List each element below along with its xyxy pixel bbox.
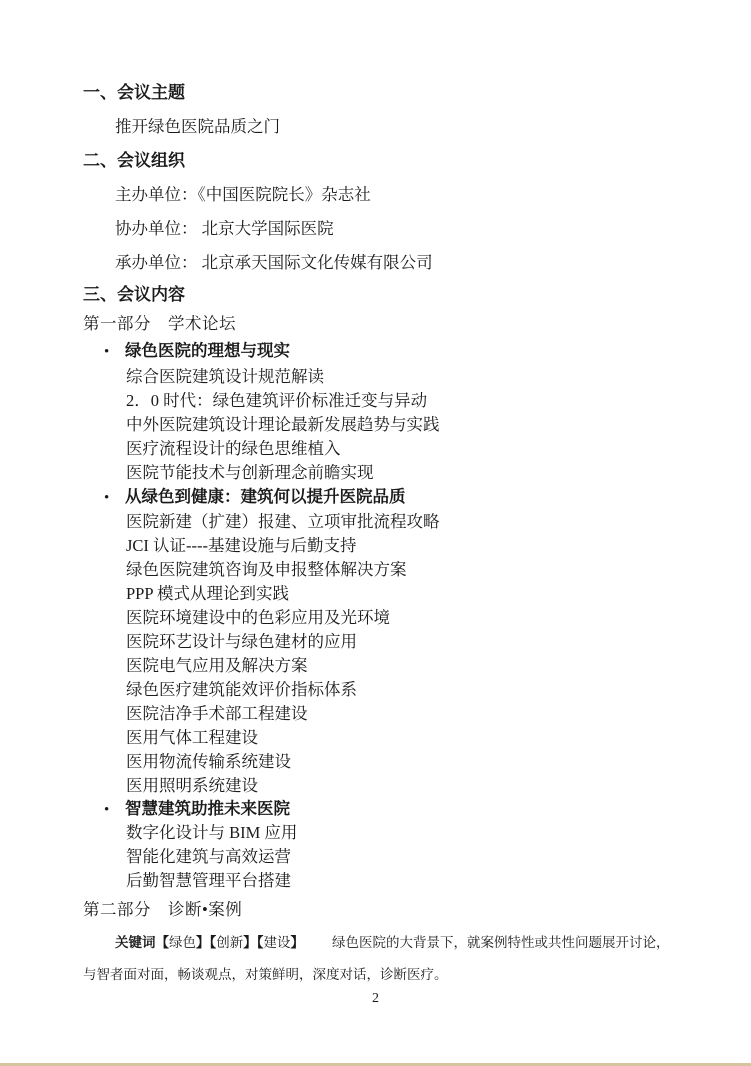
agenda-item: 2．0 时代：绿色建筑评价标准迁变与异动 [83,389,751,413]
topic-2-header: •从绿色到健康：建筑何以提升医院品质 [83,485,751,510]
agenda-item: 医院电气应用及解决方案 [83,654,751,678]
part2-title: 第二部分 诊断•案例 [83,893,751,927]
heading-conference-organization: 二、会议组织 [83,144,751,178]
document-page: 一、会议主题 推开绿色医院品质之门 二、会议组织 主办单位：《中国医院院长》杂志… [0,0,751,1066]
bracket-open: 【 [257,935,264,950]
keyword-text: 绿色 [169,935,196,950]
bullet-icon: • [104,340,125,365]
bullet-icon: • [104,800,125,821]
agenda-item: 医疗流程设计的绿色思维植入 [83,437,751,461]
topic-1-header: •绿色医院的理想与现实 [83,338,751,365]
keyword-text: 创新 [216,935,243,950]
keywords-paragraph-line-2: 与智者面对面，畅谈观点，对策鲜明，深度对话，诊断医疗。 [83,959,751,991]
part2-description-line1: 绿色医院的大背景下，就案例特性或共性问题展开讨论， [332,935,670,950]
keyword-item: 【创新】 [210,935,257,950]
topic-3-title: 智慧建筑助推未来医院 [125,800,290,818]
heading-conference-content: 三、会议内容 [83,280,751,310]
organizer-co-host: 协办单位： 北京大学国际医院 [83,212,751,246]
topic-1-title: 绿色医院的理想与现实 [125,342,290,360]
agenda-item: 后勤智慧管理平台搭建 [83,869,751,893]
agenda-item: 综合医院建筑设计规范解读 [83,365,751,389]
agenda-item: 医用物流传输系统建设 [83,750,751,774]
agenda-item: 医用照明系统建设 [83,774,751,798]
agenda-item: 医院洁净手术部工程建设 [83,702,751,726]
agenda-item: JCI 认证----基建设施与后勤支持 [83,534,751,558]
bracket-close: 】 [196,935,210,950]
page-number: 2 [0,991,751,1007]
agenda-item: PPP 模式从理论到实践 [83,582,751,606]
agenda-item: 智能化建筑与高效运营 [83,845,751,869]
part1-title: 第一部分 学术论坛 [83,310,751,338]
keywords-paragraph-line-1: 关键词【绿色】【创新】【建设】绿色医院的大背景下，就案例特性或共性问题展开讨论， [83,927,751,959]
bracket-close: 】 [291,935,305,950]
bracket-open: 【 [156,935,170,950]
keyword-text: 建设 [264,935,291,950]
agenda-item: 医用气体工程建设 [83,726,751,750]
conference-theme-text: 推开绿色医院品质之门 [83,110,751,144]
keyword-item: 【绿色】 [156,935,210,950]
agenda-item: 数字化设计与 BIM 应用 [83,821,751,845]
topic-2-title: 从绿色到健康：建筑何以提升医院品质 [125,488,406,506]
organizer-host: 主办单位：《中国医院院长》杂志社 [83,178,751,212]
agenda-item: 医院节能技术与创新理念前瞻实现 [83,461,751,485]
agenda-item: 绿色医院建筑咨询及申报整体解决方案 [83,558,751,582]
bullet-icon: • [104,487,125,510]
bracket-close: 】 [243,935,257,950]
agenda-item: 医院新建（扩建）报建、立项审批流程攻略 [83,510,751,534]
agenda-item: 绿色医疗建筑能效评价指标体系 [83,678,751,702]
agenda-item: 中外医院建筑设计理论最新发展趋势与实践 [83,413,751,437]
agenda-item: 医院环艺设计与绿色建材的应用 [83,630,751,654]
keywords-label: 关键词 [115,935,156,950]
organizer-undertaker: 承办单位： 北京承天国际文化传媒有限公司 [83,246,751,280]
agenda-item: 医院环境建设中的色彩应用及光环境 [83,606,751,630]
heading-conference-theme: 一、会议主题 [83,76,751,110]
topic-3-header: •智慧建筑助推未来医院 [83,798,751,821]
document-content: 一、会议主题 推开绿色医院品质之门 二、会议组织 主办单位：《中国医院院长》杂志… [0,0,751,1007]
keyword-item: 【建设】 [257,935,304,950]
